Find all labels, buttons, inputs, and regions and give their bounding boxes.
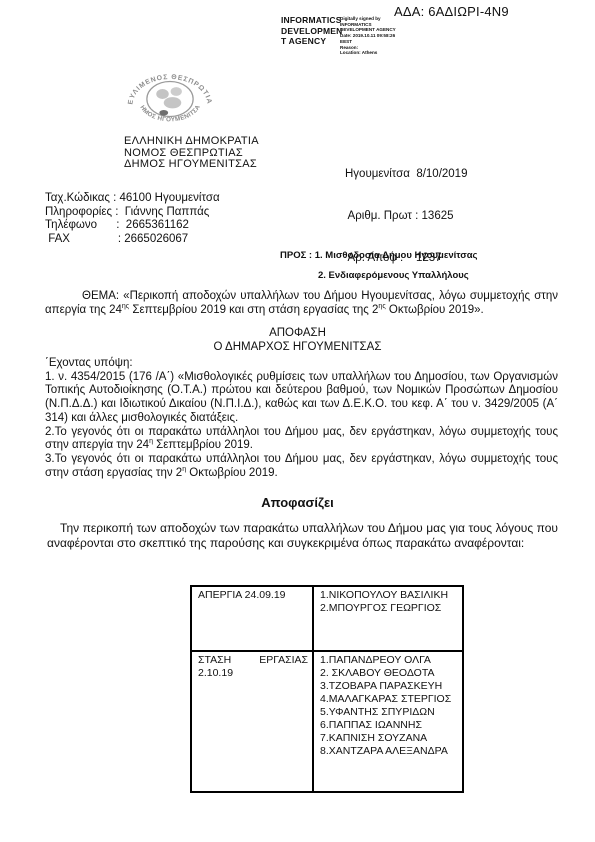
table-row-strike: ΑΠΕΡΓΙΑ 24.09.19 1.ΝΙΚΟΠΟΥΛΟΥ ΒΑΣΙΛΙΚΗ 2… [191,586,463,651]
document-page: ΑΔΑ: 6ΑΔΙΩΡΙ-4Ν9 INFORMATICS DEVELOPMEN … [0,0,595,842]
recipient-line-2: 2. Ενδιαφερόμενους Υπαλλήλους [318,270,478,281]
table-row-work-stoppage: ΣΤΑΣΗ ΕΡΓΑΣΙΑΣ 2.10.19 1.ΠΑΠΑΝΔΡΕΟΥ ΟΛΓΑ… [191,651,463,792]
subject-paragraph: ΘΕΜΑ: «Περικοπή αποδοχών υπαλλήλων του Δ… [45,289,558,317]
recipient-line-1: ΠΡΟΣ : 1. Μισθοδοσία Δήμου Ηγουμενίτσας [280,250,478,261]
decisions-table: ΑΠΕΡΓΙΑ 24.09.19 1.ΝΙΚΟΠΟΥΛΟΥ ΒΑΣΙΛΙΚΗ 2… [190,585,464,793]
contact-block: Ταχ.Κώδικας : 46100 Ηγουμενίτσα Πληροφορ… [45,192,220,246]
considerations-item-2: 2.Το γεγονός ότι οι παρακάτω υπάλληλοι τ… [45,426,558,453]
names-cell: 1.ΝΙΚΟΠΟΥΛΟΥ ΒΑΣΙΛΙΚΗ 2.ΜΠΟΥΡΓΟΣ ΓΕΩΡΓΙΟ… [313,586,463,651]
event-cell: ΑΠΕΡΓΙΑ 24.09.19 [191,586,313,651]
decision-title: ΑΠΟΦΑΣΗ [0,327,595,341]
operative-paragraph: Την περικοπή των αποδοχών των παρακάτω υ… [47,521,558,552]
digital-signature-details: Digitally signed by INFORMATICS DEVELOPM… [340,16,420,56]
considerations-item-1: 1. ν. 4354/2015 (176 /Α΄) «Μισθολογικές … [45,371,558,426]
considerations-intro: ΄Εχοντας υπόψη: [45,357,558,371]
subject-sup-2: ης [378,303,385,310]
event-cell: ΣΤΑΣΗ ΕΡΓΑΣΙΑΣ 2.10.19 [191,651,313,792]
recipients-block: ΠΡΟΣ : 1. Μισθοδοσία Δήμου Ηγουμενίτσας … [280,250,478,281]
considerations-section: ΄Εχοντας υπόψη: 1. ν. 4354/2015 (176 /Α΄… [45,357,558,480]
names-cell: 1.ΠΑΠΑΝΔΡΕΟΥ ΟΛΓΑ 2. ΣΚΛΑΒΟΥ ΘΕΟΔΟΤΑ 3.Τ… [313,651,463,792]
mayor-title: Ο ΔΗΜΑΡΧΟΣ ΗΓΟΥΜΕΝΙΤΣΑΣ [0,341,595,355]
city-date: Ηγουμενίτσα 8/10/2019 [345,167,467,181]
municipal-seal-icon: ΕΥΛΙΜΕΝΟΣ ΘΕΣΠΡΩΤΙΑ ΔΗΜΟΣ ΗΓΟΥΜΕΝΙΤΣΑΣ [120,66,220,137]
decision-header: ΑΠΟΦΑΣΗ Ο ΔΗΜΑΡΧΟΣ ΗΓΟΥΜΕΝΙΤΣΑΣ [0,327,595,354]
operative-heading: Αποφασίζει [0,495,595,510]
protocol-number: Αριθμ. Πρωτ : 13625 [345,209,467,223]
authority-block: ΕΛΛΗΝΙΚΗ ΔΗΜΟΚΡΑΤΙΑ ΝΟΜΟΣ ΘΕΣΠΡΩΤΙΑΣ ΔΗΜ… [124,136,259,171]
subject-text-2: Σεπτεμβρίου 2019 και στη στάση εργασίας … [129,304,378,316]
considerations-item-3: 3.Το γεγονός ότι οι παρακάτω υπάλληλοι τ… [45,453,558,480]
subject-text-3: Οκτωβρίου 2019». [386,304,484,316]
